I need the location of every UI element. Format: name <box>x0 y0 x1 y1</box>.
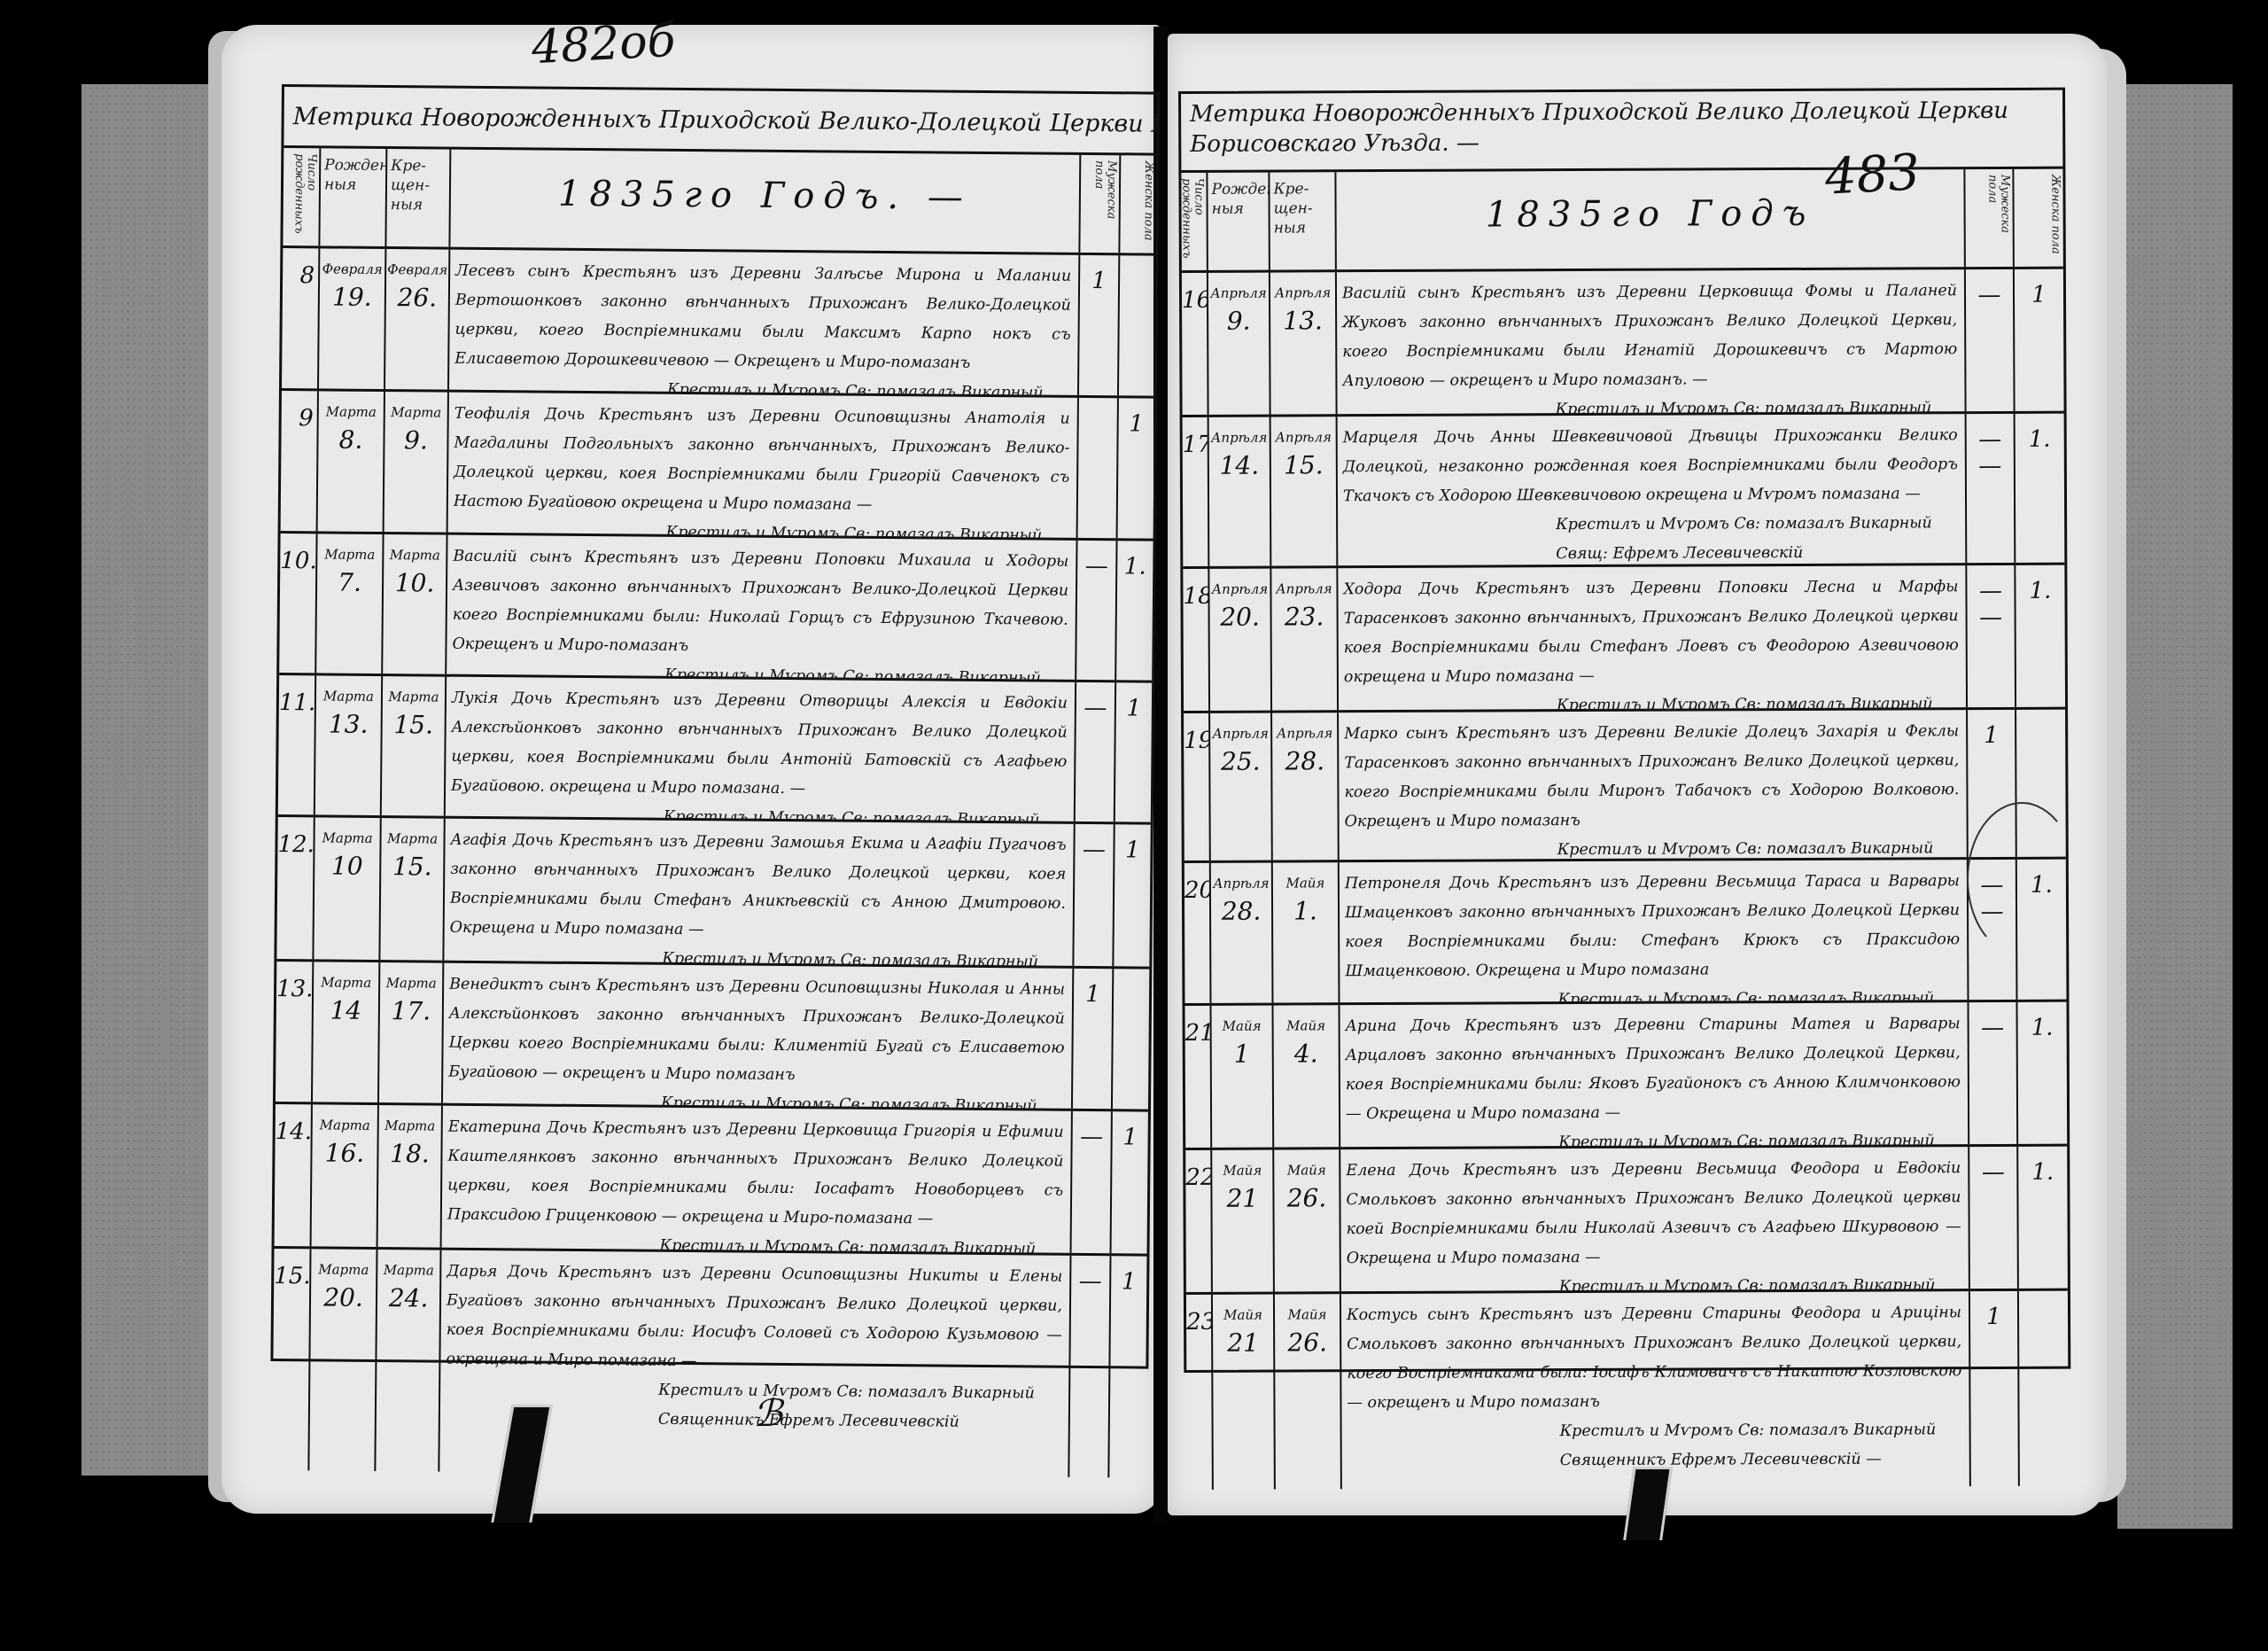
baptism-month: Майя <box>1273 875 1338 891</box>
priest-signature: Крестилъ и Мѵромъ Св: помазалъ Викарный … <box>1345 984 1960 1002</box>
baptism-date: Марта10. <box>383 534 447 674</box>
male-count: — <box>1966 269 2016 411</box>
baptism-day: 10. <box>384 568 446 598</box>
birth-date: Апрѣля20. <box>1209 569 1272 711</box>
female-count: 1 <box>1114 824 1150 966</box>
birth-month: Апрѣля <box>1208 285 1269 301</box>
record-entry-text: Теофилія Дочь Крестьянъ изъ Деревни Осип… <box>448 393 1079 538</box>
baptism-month: Апрѣля <box>1271 429 1336 445</box>
priest-signature: Крестилъ и Мѵромъ Св: помазалъ Викарный … <box>1345 834 1960 860</box>
baptism-date: Марта9. <box>384 392 449 533</box>
birth-month: Майя <box>1213 1307 1273 1323</box>
register-title: Метрика Новорожденныхъ Приходской Велико… <box>283 87 1157 156</box>
record-number: 19 <box>1184 713 1211 861</box>
birth-date: Февраля19. <box>319 248 386 389</box>
male-count: — <box>1969 1147 2019 1289</box>
priest-signature: Крестилъ и Мѵромъ Св: помазалъ Викарный … <box>452 659 1068 680</box>
male-count: — — <box>1967 565 2016 707</box>
entry-body: Елена Дочь Крестьянъ изъ Деревни Весьмиц… <box>1346 1159 1961 1267</box>
header-male: Мужеска пола <box>1080 155 1121 253</box>
entry-body: Агафія Дочь Крестьянъ изъ Деревни Замошь… <box>450 831 1067 938</box>
birth-month: Марта <box>314 974 378 991</box>
birth-date: Майя21 <box>1213 1295 1276 1490</box>
entry-body: Костусь сынъ Крестьянъ изъ Деревни Стари… <box>1347 1304 1961 1412</box>
record-entry-text: Елена Дочь Крестьянъ изъ Деревни Весьмиц… <box>1340 1147 1970 1291</box>
baptism-date: Апрѣля28. <box>1272 713 1340 860</box>
birth-date: Апрѣля9. <box>1208 273 1271 415</box>
priest-signature: Крестилъ и Мѵромъ Св: помазалъ Викарный … <box>449 943 1066 966</box>
record-number: 15. <box>272 1249 311 1470</box>
baptism-month: Апрѣля <box>1272 725 1337 741</box>
register-record-row: 21. Майя1 Майя4. Арина Дочь Крестьянъ из… <box>1185 1002 2068 1150</box>
entry-body: Марко сынъ Крестьянъ изъ Деревни Великіе… <box>1344 722 1959 830</box>
record-number: 13. <box>276 962 314 1102</box>
male-count: — <box>1076 541 1117 680</box>
entry-body: Теофилія Дочь Крестьянъ изъ Деревни Осип… <box>454 405 1070 514</box>
birth-month: Апрѣля <box>1209 430 1270 446</box>
entry-body: Дарья Дочь Крестьянъ изъ Деревни Осиповщ… <box>446 1263 1062 1370</box>
baptism-date: Майя1. <box>1273 862 1340 1002</box>
record-number: 21. <box>1185 1006 1213 1148</box>
birth-day: 13. <box>316 709 381 739</box>
birth-date: Марта8. <box>318 391 385 532</box>
baptism-date: Марта18. <box>378 1105 443 1248</box>
pencil-circle-mark <box>1967 802 2077 956</box>
record-number: 11. <box>278 675 316 814</box>
register-record-row: 16. Апрѣля9. Апрѣля13. Василій сынъ Крес… <box>1182 269 2064 417</box>
baptism-month: Апрѣля <box>1271 580 1336 596</box>
baptism-date: Апрѣля23. <box>1271 568 1339 710</box>
baptism-day: 26. <box>386 283 448 313</box>
baptism-day: 15. <box>381 852 443 882</box>
birth-date: Марта20. <box>309 1249 377 1471</box>
record-number: 14. <box>275 1104 313 1246</box>
register-record-row: 14. Марта16. Марта18. Екатерина Дочь Кре… <box>275 1104 1148 1257</box>
register-record-row: 9 Марта8. Марта9. Теофилія Дочь Крестьян… <box>281 391 1154 541</box>
female-count: 1 <box>1109 1256 1146 1477</box>
baptism-date: Апрѣля13. <box>1270 272 1338 414</box>
birth-date: Апрѣля28. <box>1211 863 1274 1003</box>
baptism-month: Апрѣля <box>1270 284 1335 300</box>
record-entry-text: Василій сынъ Крестьянъ изъ Деревни Церко… <box>1337 269 1967 414</box>
birth-month: Марта <box>316 688 381 705</box>
priest-signature: Крестилъ и Мѵромъ Св: помазалъ Викарный … <box>447 1230 1063 1253</box>
birth-day: 1 <box>1212 1040 1272 1069</box>
header-born: Рожден-ныя <box>320 148 387 246</box>
record-entry-text: Екатерина Дочь Крестьянъ изъ Деревни Цер… <box>442 1106 1073 1253</box>
record-entry-text: Агафія Дочь Крестьянъ изъ Деревни Замошь… <box>444 819 1075 966</box>
year-heading: 1835го Годъ. — <box>450 150 1081 253</box>
birth-day: 8. <box>318 424 383 455</box>
header-female: Женска пола <box>1120 155 1156 253</box>
birth-day: 19. <box>320 282 384 312</box>
baptism-month: Февраля <box>386 261 448 278</box>
birth-month: Марта <box>319 403 384 420</box>
priest-signature: Крестилъ и Мѵромъ Св: помазалъ Викарный … <box>1346 1126 1961 1147</box>
baptism-date: Апрѣля15. <box>1271 417 1339 565</box>
register-record-row: 22. Майя21 Майя26. Елена Дочь Крестьянъ … <box>1185 1147 2068 1295</box>
baptism-day: 23. <box>1272 602 1337 631</box>
birth-day: 28. <box>1211 897 1271 926</box>
entry-body: Арина Дочь Крестьянъ изъ Деревни Старины… <box>1346 1015 1961 1123</box>
entry-body: Лукія Дочь Крестьянъ изъ Деревни Отвориц… <box>451 689 1068 798</box>
birth-date: Майя21 <box>1212 1150 1275 1292</box>
entry-body: Венедиктъ сынъ Крестьянъ изъ Деревни Оси… <box>448 976 1065 1084</box>
record-entry-text: Ходора Дочь Крестьянъ изъ Деревни Поповк… <box>1338 565 1968 710</box>
register-title: Метрика Новорожденныхъ Приходской Велико… <box>1181 90 2062 173</box>
entry-body: Василій сынъ Крестьянъ изъ Деревни Церко… <box>1342 282 1957 390</box>
record-entry-text: Арина Дочь Крестьянъ изъ Деревни Старины… <box>1340 1002 1970 1147</box>
priest-signature: Крестилъ и Мѵромъ Св: помазалъ Викарный … <box>1343 393 1958 414</box>
header-number: Число рожденныхъ <box>1181 173 1208 270</box>
male-count: 1 <box>1073 969 1114 1109</box>
birth-day: 10 <box>315 851 379 881</box>
entry-body: Петронеля Дочь Крестьянъ изъ Деревни Вес… <box>1345 872 1960 980</box>
header-baptized: Кре-щен-ныя <box>386 149 451 247</box>
birth-month: Марта <box>317 546 382 563</box>
baptism-month: Марта <box>380 975 442 992</box>
male-count: 1 <box>1970 1291 2020 1486</box>
baptism-day: 9. <box>384 425 447 456</box>
baptism-date: Марта17. <box>379 962 444 1103</box>
record-entry-text: Лукія Дочь Крестьянъ изъ Деревни Отвориц… <box>446 677 1076 822</box>
baptism-day: 26. <box>1275 1328 1340 1357</box>
record-number: 12. <box>276 817 315 959</box>
birth-month: Майя <box>1212 1163 1272 1179</box>
female-count: 1. <box>2018 1147 2068 1289</box>
male-count: — <box>1069 1256 1111 1477</box>
record-number: 10. <box>279 533 317 673</box>
baptism-month: Марта <box>385 404 447 421</box>
record-number: 18. <box>1183 569 1210 711</box>
register-record-row: 20 Апрѣля28. Майя1. Петронеля Дочь Крест… <box>1184 860 2067 1006</box>
female-count: 1. <box>2016 414 2065 563</box>
birth-date: Марта7. <box>316 533 384 674</box>
record-rows-left: 8 Февраля19. Февраля26. Лесевъ сынъ Крес… <box>272 248 1155 1478</box>
record-number: 16. <box>1182 273 1209 415</box>
baptism-day: 4. <box>1274 1039 1339 1068</box>
folio-number-left: 482об <box>531 14 677 74</box>
female-count <box>2019 1291 2069 1486</box>
male-count: — <box>1074 824 1115 966</box>
record-number: 9 <box>281 391 319 531</box>
birth-date: Марта10 <box>314 817 381 960</box>
entry-body: Ходора Дочь Крестьянъ изъ Деревни Поповк… <box>1343 578 1958 686</box>
baptism-date: Февраля26. <box>385 249 450 390</box>
birth-date: Апрѣля25. <box>1210 713 1273 861</box>
register-record-row: 8 Февраля19. Февраля26. Лесевъ сынъ Крес… <box>282 248 1155 399</box>
baptism-day: 17. <box>380 996 442 1026</box>
record-rows-right: 16. Апрѣля9. Апрѣля13. Василій сынъ Крес… <box>1182 269 2069 1490</box>
female-count: 1 <box>1118 398 1154 538</box>
female-count: 1. <box>2016 565 2065 707</box>
male-count: — <box>1969 1002 2018 1144</box>
baptism-day: 1. <box>1273 896 1338 925</box>
birth-day: 14. <box>1209 451 1270 480</box>
register-record-row: 13. Марта14 Марта17. Венедиктъ сынъ Крес… <box>276 962 1149 1112</box>
female-count: 1 <box>2015 269 2064 411</box>
record-entry-text: Марцеля Дочь Анны Шевкевичовой Дѣвицы Пр… <box>1338 414 1968 565</box>
register-record-row: 15. Марта20. Марта24. Дарья Дочь Крестья… <box>272 1249 1146 1478</box>
birth-day: 9. <box>1208 307 1269 336</box>
header-male: Мужеска пола <box>1965 169 2014 267</box>
register-record-row: 12. Марта10 Марта15. Агафія Дочь Крестья… <box>276 817 1150 970</box>
header-baptized: Кре-щен-ныя <box>1270 172 1336 269</box>
birth-date: Апрѣля14. <box>1209 417 1272 566</box>
record-number: 22. <box>1185 1150 1213 1292</box>
book-cover-board-left <box>82 84 223 1476</box>
header-female: Женска пола <box>2014 169 2062 267</box>
record-number: 20 <box>1184 863 1212 1003</box>
birth-month: Марта <box>311 1261 376 1278</box>
baptism-date: Марта15. <box>382 676 447 816</box>
baptism-date: Майя26. <box>1275 1294 1342 1489</box>
column-header-row: Число рожденныхъ Рожден-ныя Кре-щен-ныя … <box>1181 169 2062 273</box>
baptism-day: 28. <box>1272 746 1337 775</box>
birth-day: 20. <box>1210 603 1270 632</box>
birth-month: Майя <box>1212 1018 1272 1034</box>
priest-signature: Крестилъ и Мѵромъ Св: помазалъ Викарный … <box>453 517 1069 538</box>
male-count: — — <box>1967 414 2016 563</box>
male-count: — <box>1072 1111 1113 1253</box>
birth-month: Марта <box>313 1117 377 1133</box>
register-record-row: 19 Апрѣля25. Апрѣля28. Марко сынъ Кресть… <box>1184 710 2066 863</box>
baptism-month: Марта <box>379 1118 441 1134</box>
record-number: 17 <box>1183 417 1210 566</box>
birth-day: 7. <box>317 567 382 597</box>
register-table-right: Метрика Новорожденныхъ Приходской Велико… <box>1178 88 2070 1373</box>
baptism-month: Марта <box>383 689 445 705</box>
register-record-row: 18. Апрѣля20. Апрѣля23. Ходора Дочь Крес… <box>1183 565 2065 713</box>
baptism-day: 15. <box>383 710 445 740</box>
baptism-day: 13. <box>1270 306 1335 335</box>
baptism-day: 26. <box>1274 1183 1339 1212</box>
baptism-date: Марта15. <box>380 818 445 961</box>
birth-month: Апрѣля <box>1209 581 1270 597</box>
header-number: Число рожденныхъ <box>283 148 321 245</box>
birth-date: Марта16. <box>312 1104 379 1247</box>
entry-body: Марцеля Дочь Анны Шевкевичовой Дѣвицы Пр… <box>1343 426 1958 505</box>
record-entry-text: Лесевъ сынъ Крестьянъ изъ Деревни Залѣсь… <box>449 250 1080 395</box>
birth-day: 21 <box>1213 1328 1273 1358</box>
entry-body: Лесевъ сынъ Крестьянъ изъ Деревни Залѣсь… <box>454 262 1071 372</box>
birth-month: Марта <box>315 829 380 846</box>
baptism-month: Марта <box>384 547 446 564</box>
birth-day: 25. <box>1210 747 1270 776</box>
baptism-date: Марта24. <box>376 1250 441 1472</box>
baptism-month: Майя <box>1275 1306 1340 1322</box>
baptism-month: Марта <box>381 830 443 847</box>
record-entry-text: Марко сынъ Крестьянъ изъ Деревни Великіе… <box>1339 710 1969 860</box>
baptism-date: Майя26. <box>1274 1149 1341 1291</box>
birth-month: Апрѣля <box>1210 726 1270 742</box>
birth-day: 20. <box>311 1282 376 1312</box>
register-table-left: Метрика Новорожденныхъ Приходской Велико… <box>270 84 1160 1369</box>
baptism-month: Майя <box>1274 1162 1339 1178</box>
male-count <box>1078 398 1119 538</box>
register-record-row: 17 Апрѣля14. Апрѣля15. Марцеля Дочь Анны… <box>1183 414 2065 569</box>
priest-signature: Крестилъ и Мѵромъ Св: помазалъ Викарный … <box>454 374 1071 395</box>
baptism-date: Майя4. <box>1274 1005 1341 1147</box>
female-count: 1 <box>1112 1111 1148 1253</box>
male-count: 1 <box>1079 255 1120 395</box>
female-count <box>1113 969 1149 1109</box>
birth-month: Апрѣля <box>1211 876 1271 892</box>
record-entry-text: Василій сынъ Крестьянъ изъ Деревни Попов… <box>447 535 1077 680</box>
priest-signature: Крестилъ и Мѵромъ Св: помазалъ Викарный … <box>1347 1271 1961 1291</box>
baptism-day: 15. <box>1271 450 1336 479</box>
priest-signature: Крестилъ и Мѵромъ Св: помазалъ Викарный … <box>1344 689 1959 710</box>
female-count <box>1119 255 1155 395</box>
birth-day: 21 <box>1212 1184 1272 1213</box>
birth-date: Майя1 <box>1212 1006 1275 1148</box>
male-count: — <box>1076 682 1116 822</box>
baptism-month: Марта <box>377 1262 439 1279</box>
priest-signature: Крестилъ и Мѵромъ Св: помазалъ Викарный … <box>448 1087 1065 1109</box>
column-header-row: Число рожденныхъ Рожден-ныя Кре-щен-ныя … <box>283 148 1156 256</box>
female-count: 1. <box>1116 541 1153 680</box>
register-record-row: 10. Марта7. Марта10. Василій сынъ Кресть… <box>279 533 1153 683</box>
priest-signature: Крестилъ и Мѵромъ Св: помазалъ Викарный … <box>450 801 1067 822</box>
female-count: 1. <box>2017 1002 2067 1144</box>
header-born: Рожден-ныя <box>1208 173 1270 270</box>
record-entry-text: Венедиктъ сынъ Крестьянъ изъ Деревни Оси… <box>443 963 1074 1109</box>
birth-day: 14 <box>314 995 378 1025</box>
register-record-row: 11. Марта13. Марта15. Лукія Дочь Крестья… <box>278 675 1152 825</box>
female-count: 1 <box>1115 682 1152 822</box>
baptism-day: 18. <box>378 1139 440 1169</box>
birth-date: Марта14 <box>313 962 380 1102</box>
birth-month: Февраля <box>320 261 384 277</box>
entry-body: Василій сынъ Крестьянъ изъ Деревни Попов… <box>452 548 1068 655</box>
record-number: 23. <box>1186 1295 1214 1490</box>
book-cover-board-right <box>2117 84 2233 1529</box>
birth-date: Марта13. <box>315 675 383 815</box>
birth-day: 16. <box>312 1138 377 1168</box>
baptism-day: 24. <box>377 1283 439 1313</box>
flourish-mark: ℬ <box>753 1391 782 1435</box>
record-number: 8 <box>282 248 320 388</box>
priest-signature: Крестилъ и Мѵромъ Св: помазалъ Викарный … <box>1343 509 1958 565</box>
record-entry-text: Петронеля Дочь Крестьянъ изъ Деревни Вес… <box>1340 860 1969 1002</box>
record-entry-text: Костусь сынъ Крестьянъ изъ Деревни Стари… <box>1341 1291 1971 1489</box>
register-record-row: 23. Майя21 Майя26. Костусь сынъ Крестьян… <box>1186 1291 2069 1490</box>
entry-body: Екатерина Дочь Крестьянъ изъ Деревни Цер… <box>447 1118 1064 1228</box>
year-heading: 1835го Годъ <box>1336 169 1965 269</box>
baptism-month: Майя <box>1274 1017 1339 1033</box>
